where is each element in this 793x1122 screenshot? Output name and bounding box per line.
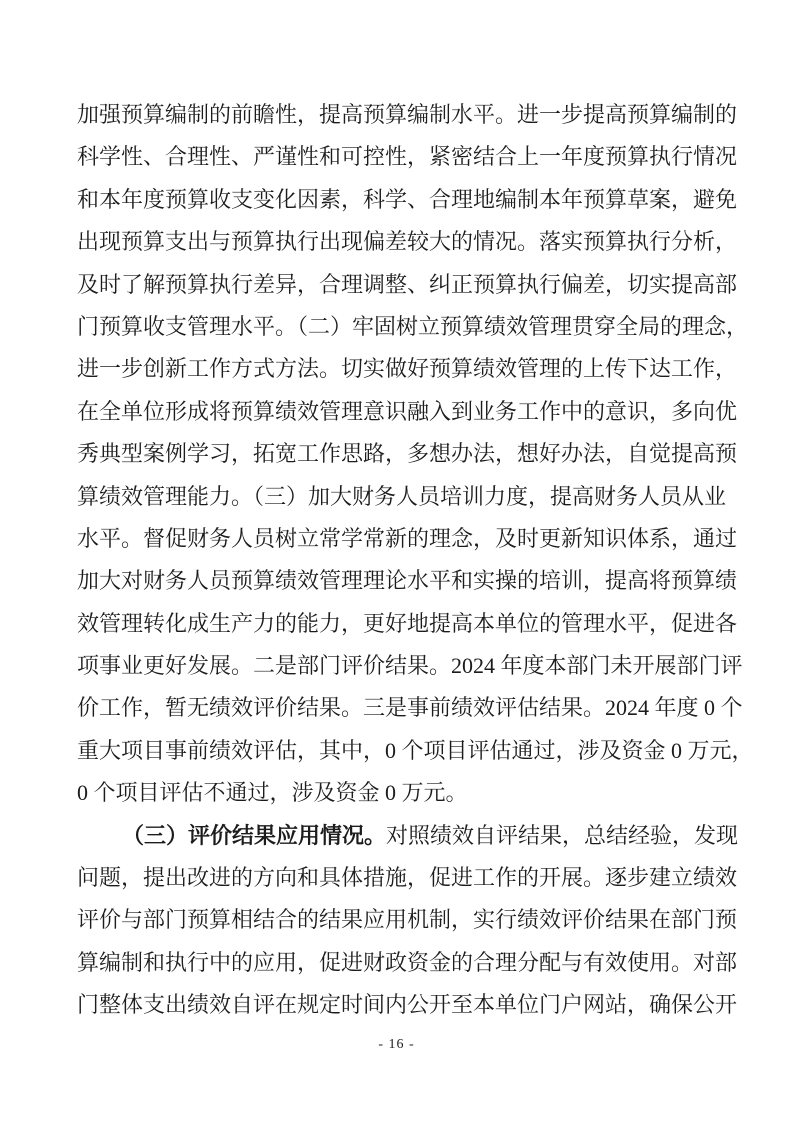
document-text-line: 水平。督促财务人员树立常学常新的理念，及时更新知识体系，通过 — [77, 518, 717, 560]
document-text-line: 科学性、合理性、严谨性和可控性，紧密结合上一年度预算执行情况 — [77, 136, 717, 178]
document-text-line: （三）评价结果应用情况。对照绩效自评结果，总结经验，发现 — [77, 815, 717, 857]
document-text-line: 评价与部门预算相结合的结果应用机制，实行绩效评价结果在部门预 — [77, 899, 717, 941]
document-text-line: 加强预算编制的前瞻性，提高预算编制水平。进一步提高预算编制的 — [77, 94, 717, 136]
document-text-line: 效管理转化成生产力的能力，更好地提高本单位的管理水平，促进各 — [77, 603, 717, 645]
document-text-line: 0 个项目评估不通过，涉及资金 0 万元。 — [77, 772, 717, 814]
page-number: - 16 - — [0, 1036, 793, 1054]
bold-heading-segment: （三）评价结果应用情况。 — [122, 823, 386, 848]
document-text-line: 加大对财务人员预算绩效管理理论水平和实操的培训，提高将预算绩 — [77, 560, 717, 602]
document-page: 加强预算编制的前瞻性，提高预算编制水平。进一步提高预算编制的科学性、合理性、严谨… — [0, 0, 793, 1122]
document-text-line: 项事业更好发展。二是部门评价结果。2024 年度本部门未开展部门评 — [77, 645, 717, 687]
document-text-line: 在全单位形成将预算绩效管理意识融入到业务工作中的意识，多向优 — [77, 391, 717, 433]
document-text-line: 算绩效管理能力。（三）加大财务人员培训力度，提高财务人员从业 — [77, 476, 717, 518]
document-text-line: 出现预算支出与预算执行出现偏差较大的情况。落实预算执行分析， — [77, 221, 717, 263]
document-text-line: 价工作，暂无绩效评价结果。三是事前绩效评估结果。2024 年度 0 个 — [77, 687, 717, 729]
document-text-line: 及时了解预算执行差异，合理调整、纠正预算执行偏差，切实提高部 — [77, 264, 717, 306]
document-body-text: 加强预算编制的前瞻性，提高预算编制水平。进一步提高预算编制的科学性、合理性、严谨… — [77, 94, 717, 1027]
document-text-line: 和本年度预算收支变化因素，科学、合理地编制本年预算草案，避免 — [77, 179, 717, 221]
document-text-line: 重大项目事前绩效评估，其中，0 个项目评估通过，涉及资金 0 万元， — [77, 730, 717, 772]
line-text-segment: 对照绩效自评结果，总结经验，发现 — [386, 823, 738, 848]
document-text-line: 问题，提出改进的方向和具体措施，促进工作的开展。逐步建立绩效 — [77, 857, 717, 899]
document-text-line: 门整体支出绩效自评在规定时间内公开至本单位门户网站，确保公开 — [77, 984, 717, 1026]
document-text-line: 算编制和执行中的应用，促进财政资金的合理分配与有效使用。对部 — [77, 942, 717, 984]
document-text-line: 秀典型案例学习，拓宽工作思路，多想办法，想好办法，自觉提高预 — [77, 433, 717, 475]
document-text-line: 进一步创新工作方式方法。切实做好预算绩效管理的上传下达工作， — [77, 348, 717, 390]
document-text-line: 门预算收支管理水平。（二）牢固树立预算绩效管理贯穿全局的理念， — [77, 306, 717, 348]
